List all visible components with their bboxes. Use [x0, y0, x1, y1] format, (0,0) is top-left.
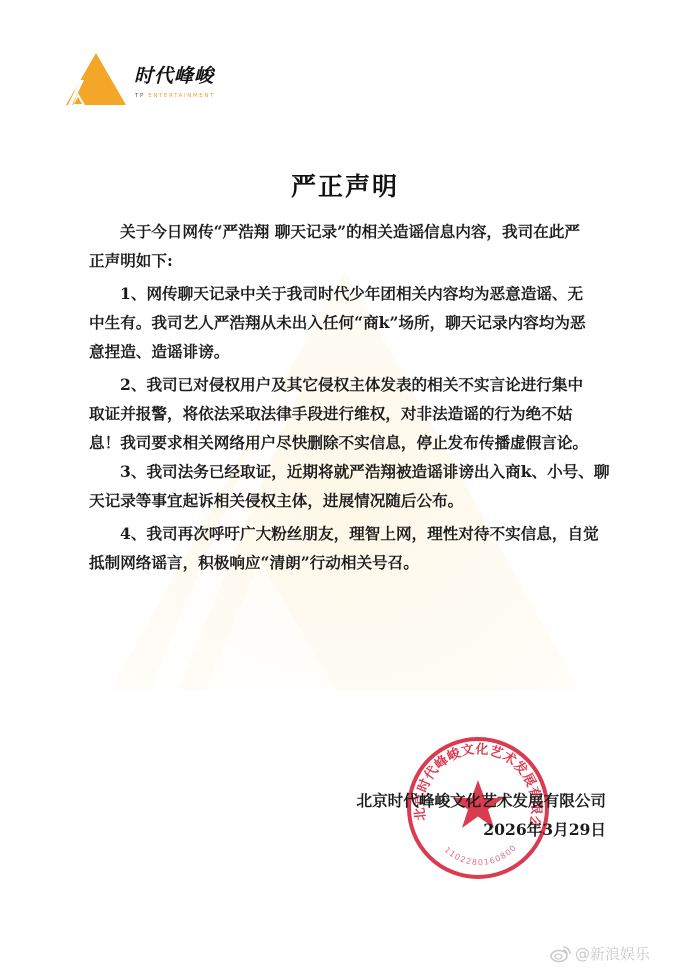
- weibo-handle: @新浪娱乐: [575, 943, 650, 964]
- statement-body: 关于今日网传“严浩翔 聊天记录”的相关造谣信息内容，我司在此严 正声明如下: 1…: [89, 217, 609, 577]
- body-line: 正声明如下:: [89, 246, 609, 275]
- paragraph-item-3: 3、我司法务已经取证，近期将就严浩翔被造谣诽谤出入商k、小号、聊 天记录等事宜起…: [89, 457, 609, 515]
- tp-triangle-logo-icon: [64, 53, 126, 107]
- signature-company: 北京时代峰峻文化艺术发展有限公司: [356, 786, 606, 815]
- statement-page: 时代峰峻 TP ENTERTAINMENT 严正声明 关于今日网传“严浩翔 聊天…: [0, 0, 690, 974]
- weibo-icon: [550, 945, 572, 963]
- paragraph-item-1: 1、网传聊天记录中关于我司时代少年团相关内容均为恶意造谣、无 中生有。我司艺人严…: [89, 279, 609, 366]
- document-title: 严正声明: [0, 167, 690, 203]
- paragraph-intro: 关于今日网传“严浩翔 聊天记录”的相关造谣信息内容，我司在此严 正声明如下:: [89, 217, 609, 275]
- company-logo: 时代峰峻 TP ENTERTAINMENT: [64, 53, 224, 109]
- body-line: 2、我司已对侵权用户及其它侵权主体发表的相关不实言论进行集中: [89, 370, 609, 399]
- logo-entertainment: ENTERTAINMENT: [148, 93, 215, 99]
- logo-tp: TP: [135, 93, 145, 99]
- body-line: 取证并报警，将依法采取法律手段进行维权，对非法造谣的行为绝不姑: [89, 399, 609, 428]
- svg-text:1102280160800: 1102280160800: [443, 843, 519, 867]
- body-line: 1、网传聊天记录中关于我司时代少年团相关内容均为恶意造谣、无: [89, 279, 609, 308]
- signature-block: 北京时代峰峻文化艺术发展有限公司 2026年3月29日: [356, 786, 606, 844]
- body-line: 4、我司再次呼吁广大粉丝朋友，理智上网，理性对待不实信息，自觉: [89, 519, 609, 548]
- body-line: 中生有。我司艺人严浩翔从未出入任何“商k”场所，聊天记录内容均为恶: [89, 308, 609, 337]
- logo-english-name: TP ENTERTAINMENT: [135, 93, 215, 99]
- body-line: 抵制网络谣言，积极响应“清朗”行动相关号召。: [89, 548, 609, 577]
- body-line: 息！我司要求相关网络用户尽快删除不实信息，停止发布传播虚假言论。: [89, 428, 609, 457]
- signature-date: 2026年3月29日: [356, 815, 606, 844]
- logo-chinese-name: 时代峰峻: [134, 61, 214, 88]
- body-line: 关于今日网传“严浩翔 聊天记录”的相关造谣信息内容，我司在此严: [89, 217, 609, 246]
- body-line: 3、我司法务已经取证，近期将就严浩翔被造谣诽谤出入商k、小号、聊: [89, 457, 609, 486]
- paragraph-item-4: 4、我司再次呼吁广大粉丝朋友，理智上网，理性对待不实信息，自觉 抵制网络谣言，积…: [89, 519, 609, 577]
- weibo-source-watermark: @新浪娱乐: [550, 943, 650, 964]
- body-line: 天记录等事宜起诉相关侵权主体，进展情况随后公布。: [89, 486, 609, 515]
- paragraph-item-2: 2、我司已对侵权用户及其它侵权主体发表的相关不实言论进行集中 取证并报警，将依法…: [89, 370, 609, 457]
- stamp-code: 1102280160800: [443, 843, 519, 867]
- body-line: 意捏造、造谣诽谤。: [89, 337, 609, 366]
